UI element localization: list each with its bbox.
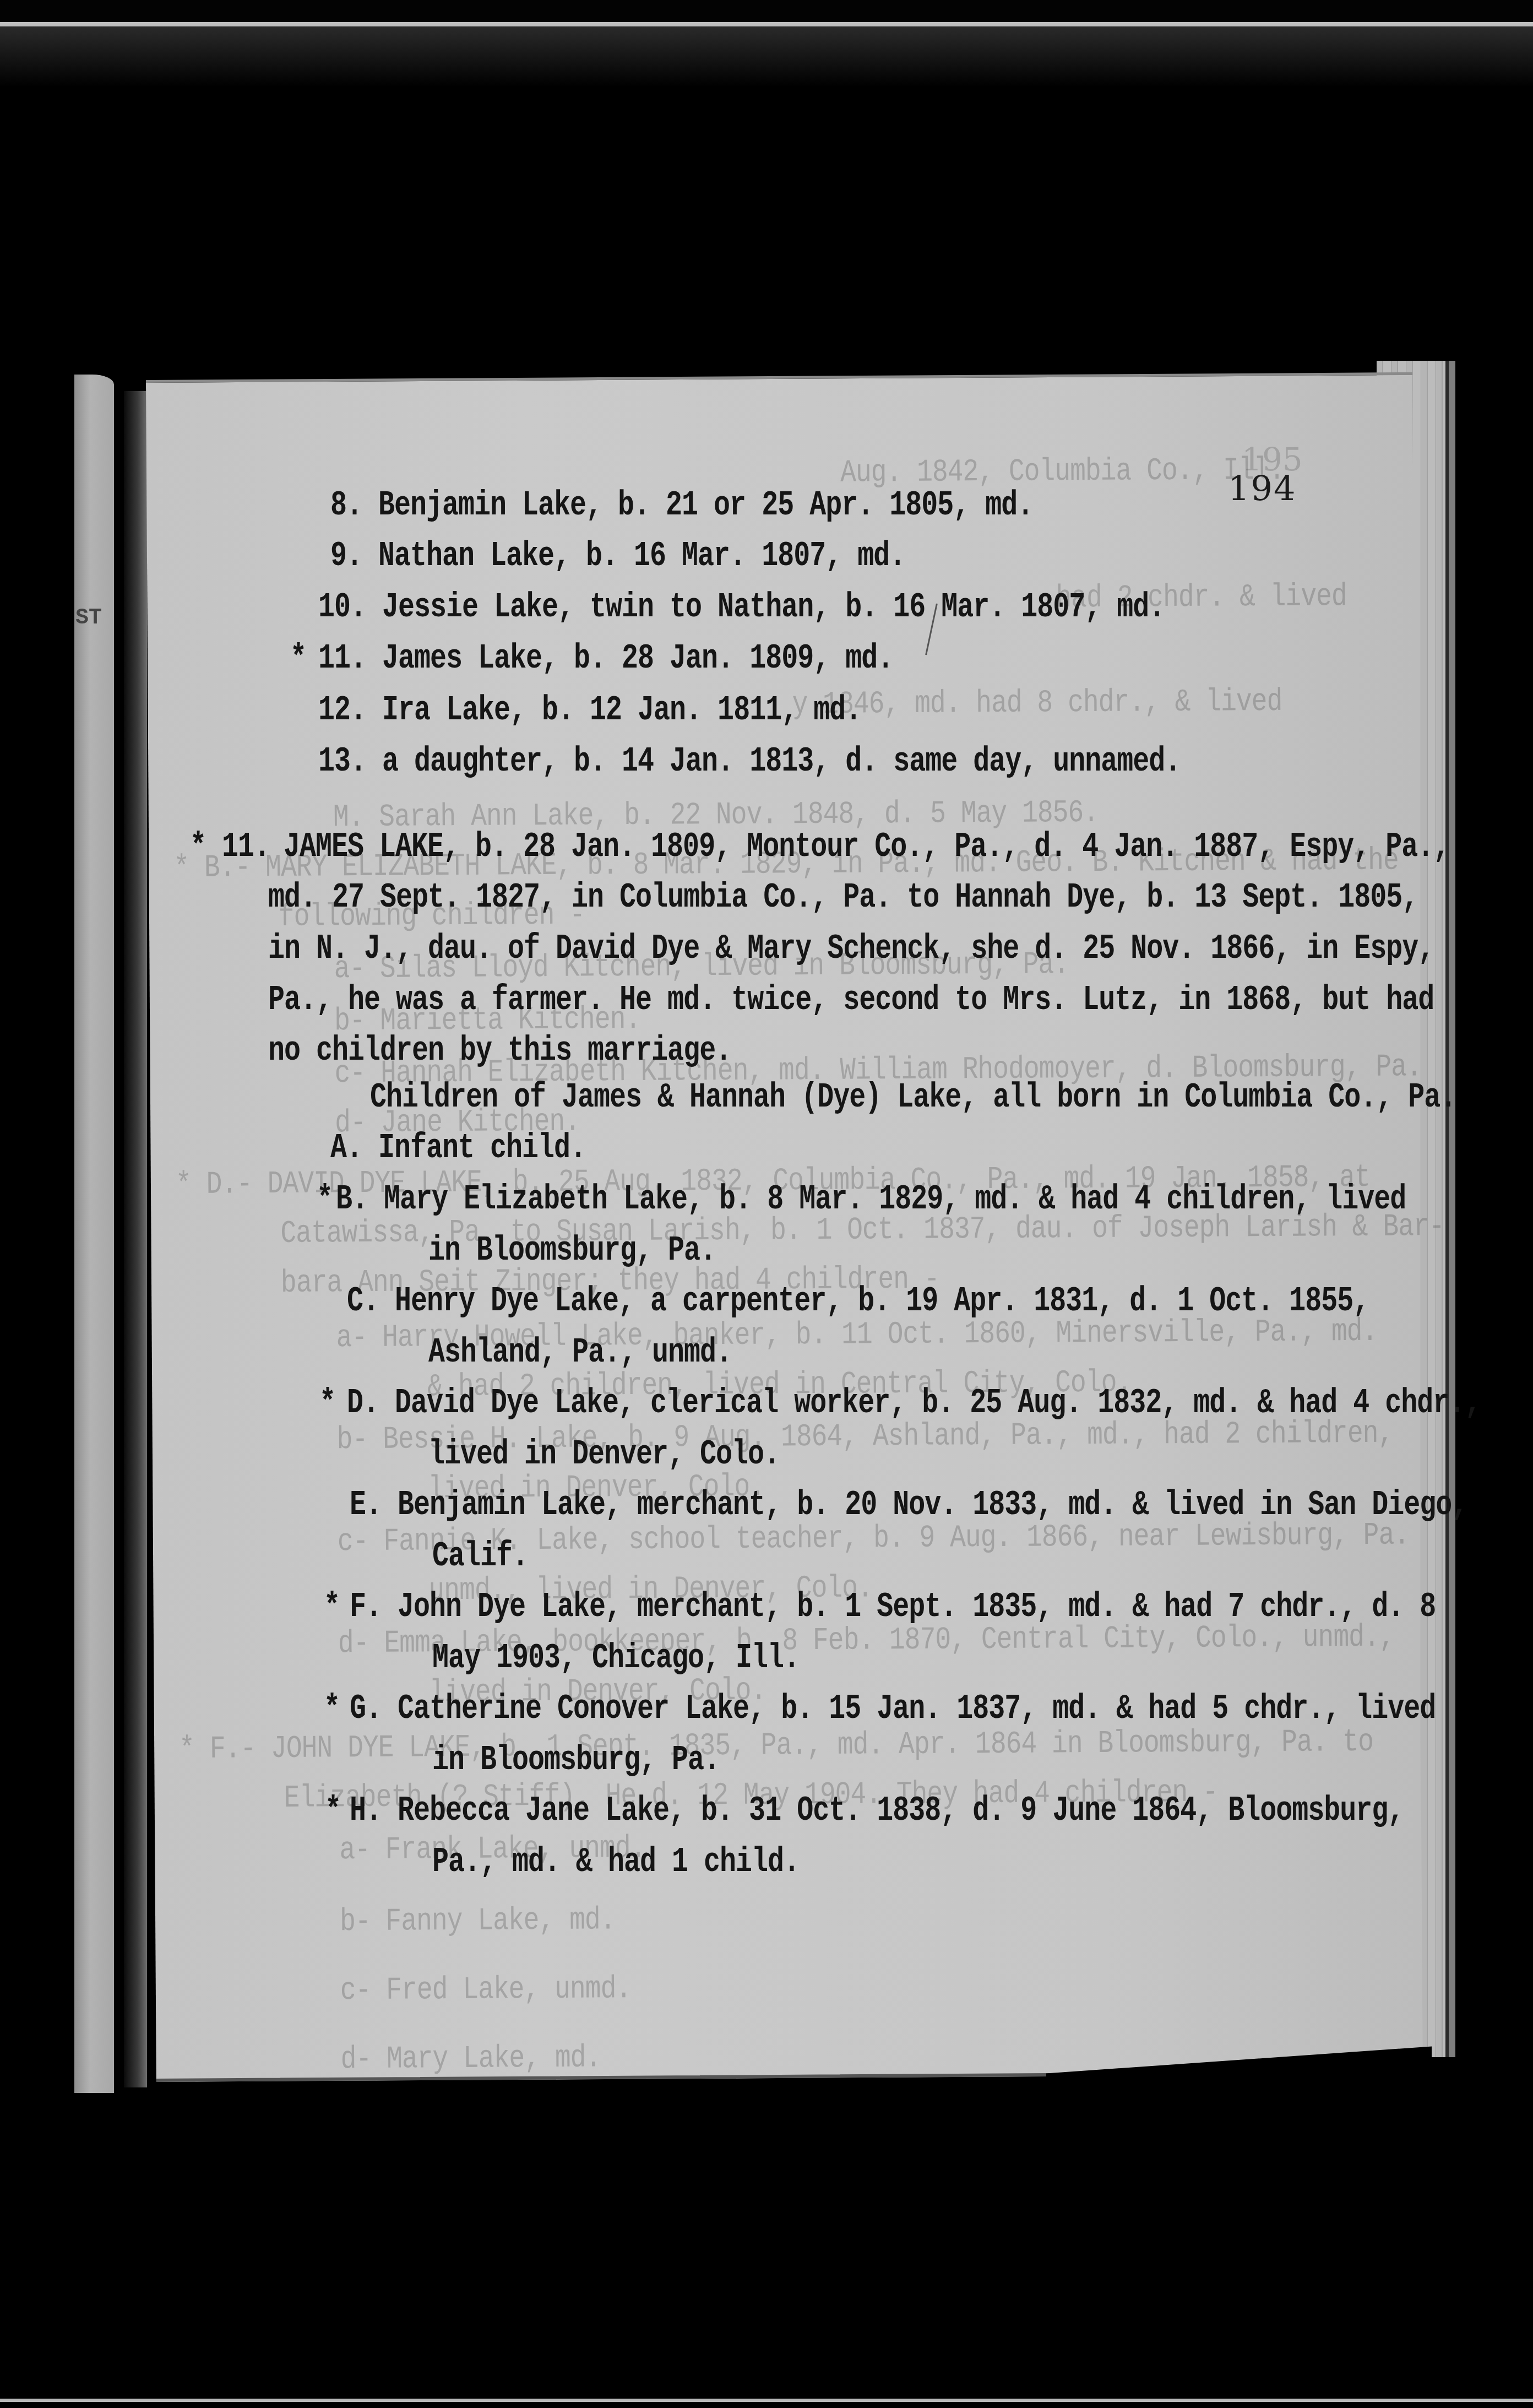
child-entry-a: A. Infant child. [330,1129,586,1168]
scan-noise-band [0,26,1533,87]
bleed-line: b- Fanny Lake, md. [340,1902,616,1940]
main-entry-line: JAMES LAKE, b. 28 Jan. 1809, Montour Co.… [284,828,1449,867]
child-entry-f-cont: May 1903, Chicago, Ill. [432,1639,800,1678]
bleed-line: y 1846, md. had 8 chdr., & lived [792,684,1282,723]
sibling-entry-12: 12. Ira Lake, b. 12 Jan. 1811, md. [318,691,861,730]
child-entry-b: B. Mary Elizabeth Lake, b. 8 Mar. 1829, … [336,1180,1406,1219]
main-entry-line: md. 27 Sept. 1827, in Columbia Co., Pa. … [268,878,1418,918]
child-entry-g-cont: in Bloomsburg, Pa. [432,1741,720,1780]
bleed-line: Aug. 1842, Columbia Co., Ill. [840,453,1285,491]
bleed-line: * F.- JOHN DYE LAKE, b. 1 Sept. 1835, Pa… [179,1724,1373,1767]
facing-page-mark: ST [75,606,102,631]
book-gutter [124,391,147,2087]
main-entry-line: no children by this marriage. [268,1032,731,1071]
sibling-entry-11: 11. James Lake, b. 28 Jan. 1809, md. [318,639,893,679]
book-cover-edge [1449,361,1455,2057]
child-marker-h: * [325,1792,341,1831]
sibling-entry-13: 13. a daughter, b. 14 Jan. 1813, d. same… [318,742,1181,782]
child-entry-d: D. David Dye Lake, clerical worker, b. 2… [347,1384,1481,1423]
child-entry-e: E. Benjamin Lake, merchant, b. 20 Nov. 1… [350,1486,1467,1525]
child-entry-h-cont: Pa., md. & had 1 child. [432,1843,800,1882]
child-entry-c: C. Henry Dye Lake, a carpenter, b. 19 Ap… [347,1282,1369,1321]
child-marker-b: * [317,1180,333,1219]
page-number: 194 [1228,468,1296,508]
main-entry-line: in N. J., dau. of David Dye & Mary Schen… [268,930,1434,969]
child-entry-b-cont: in Bloomsburg, Pa. [428,1232,716,1271]
child-entry-e-cont: Calif. [432,1537,528,1576]
child-marker-f: * [324,1588,340,1627]
scan-strip-top [0,22,1533,26]
child-entry-d-cont: lived in Denver, Colo. [428,1435,780,1474]
child-entry-f: F. John Dye Lake, merchant, b. 1 Sept. 1… [350,1588,1436,1627]
children-heading: Children of James & Hannah (Dye) Lake, a… [370,1078,1456,1118]
child-marker-d: * [319,1384,335,1423]
facing-page-edge: ST [74,375,114,2093]
child-entry-h: H. Rebecca Jane Lake, b. 31 Oct. 1838, d… [350,1792,1404,1831]
bleed-line: c- Fred Lake, unmd. [340,1971,632,2009]
child-entry-g: G. Catherine Conover Lake, b. 15 Jan. 18… [350,1690,1436,1729]
bleed-line: d- Mary Lake, md. [340,2041,601,2078]
sibling-entry-8: 8. Benjamin Lake, b. 21 or 25 Apr. 1805,… [330,486,1033,525]
child-entry-c-cont: Ashland, Pa., unmd. [428,1333,732,1373]
main-entry-marker: * 11. [190,828,270,867]
child-marker-g: * [324,1690,340,1729]
sibling-marker-11: * [290,639,306,679]
sibling-entry-9: 9. Nathan Lake, b. 16 Mar. 1807, md. [330,537,905,576]
scan-border-top [0,0,1533,22]
scan-strip-bottom [0,2399,1533,2402]
main-entry-line: Pa., he was a farmer. He md. twice, seco… [268,981,1434,1020]
sibling-entry-10: 10. Jessie Lake, twin to Nathan, b. 16 M… [318,588,1165,627]
